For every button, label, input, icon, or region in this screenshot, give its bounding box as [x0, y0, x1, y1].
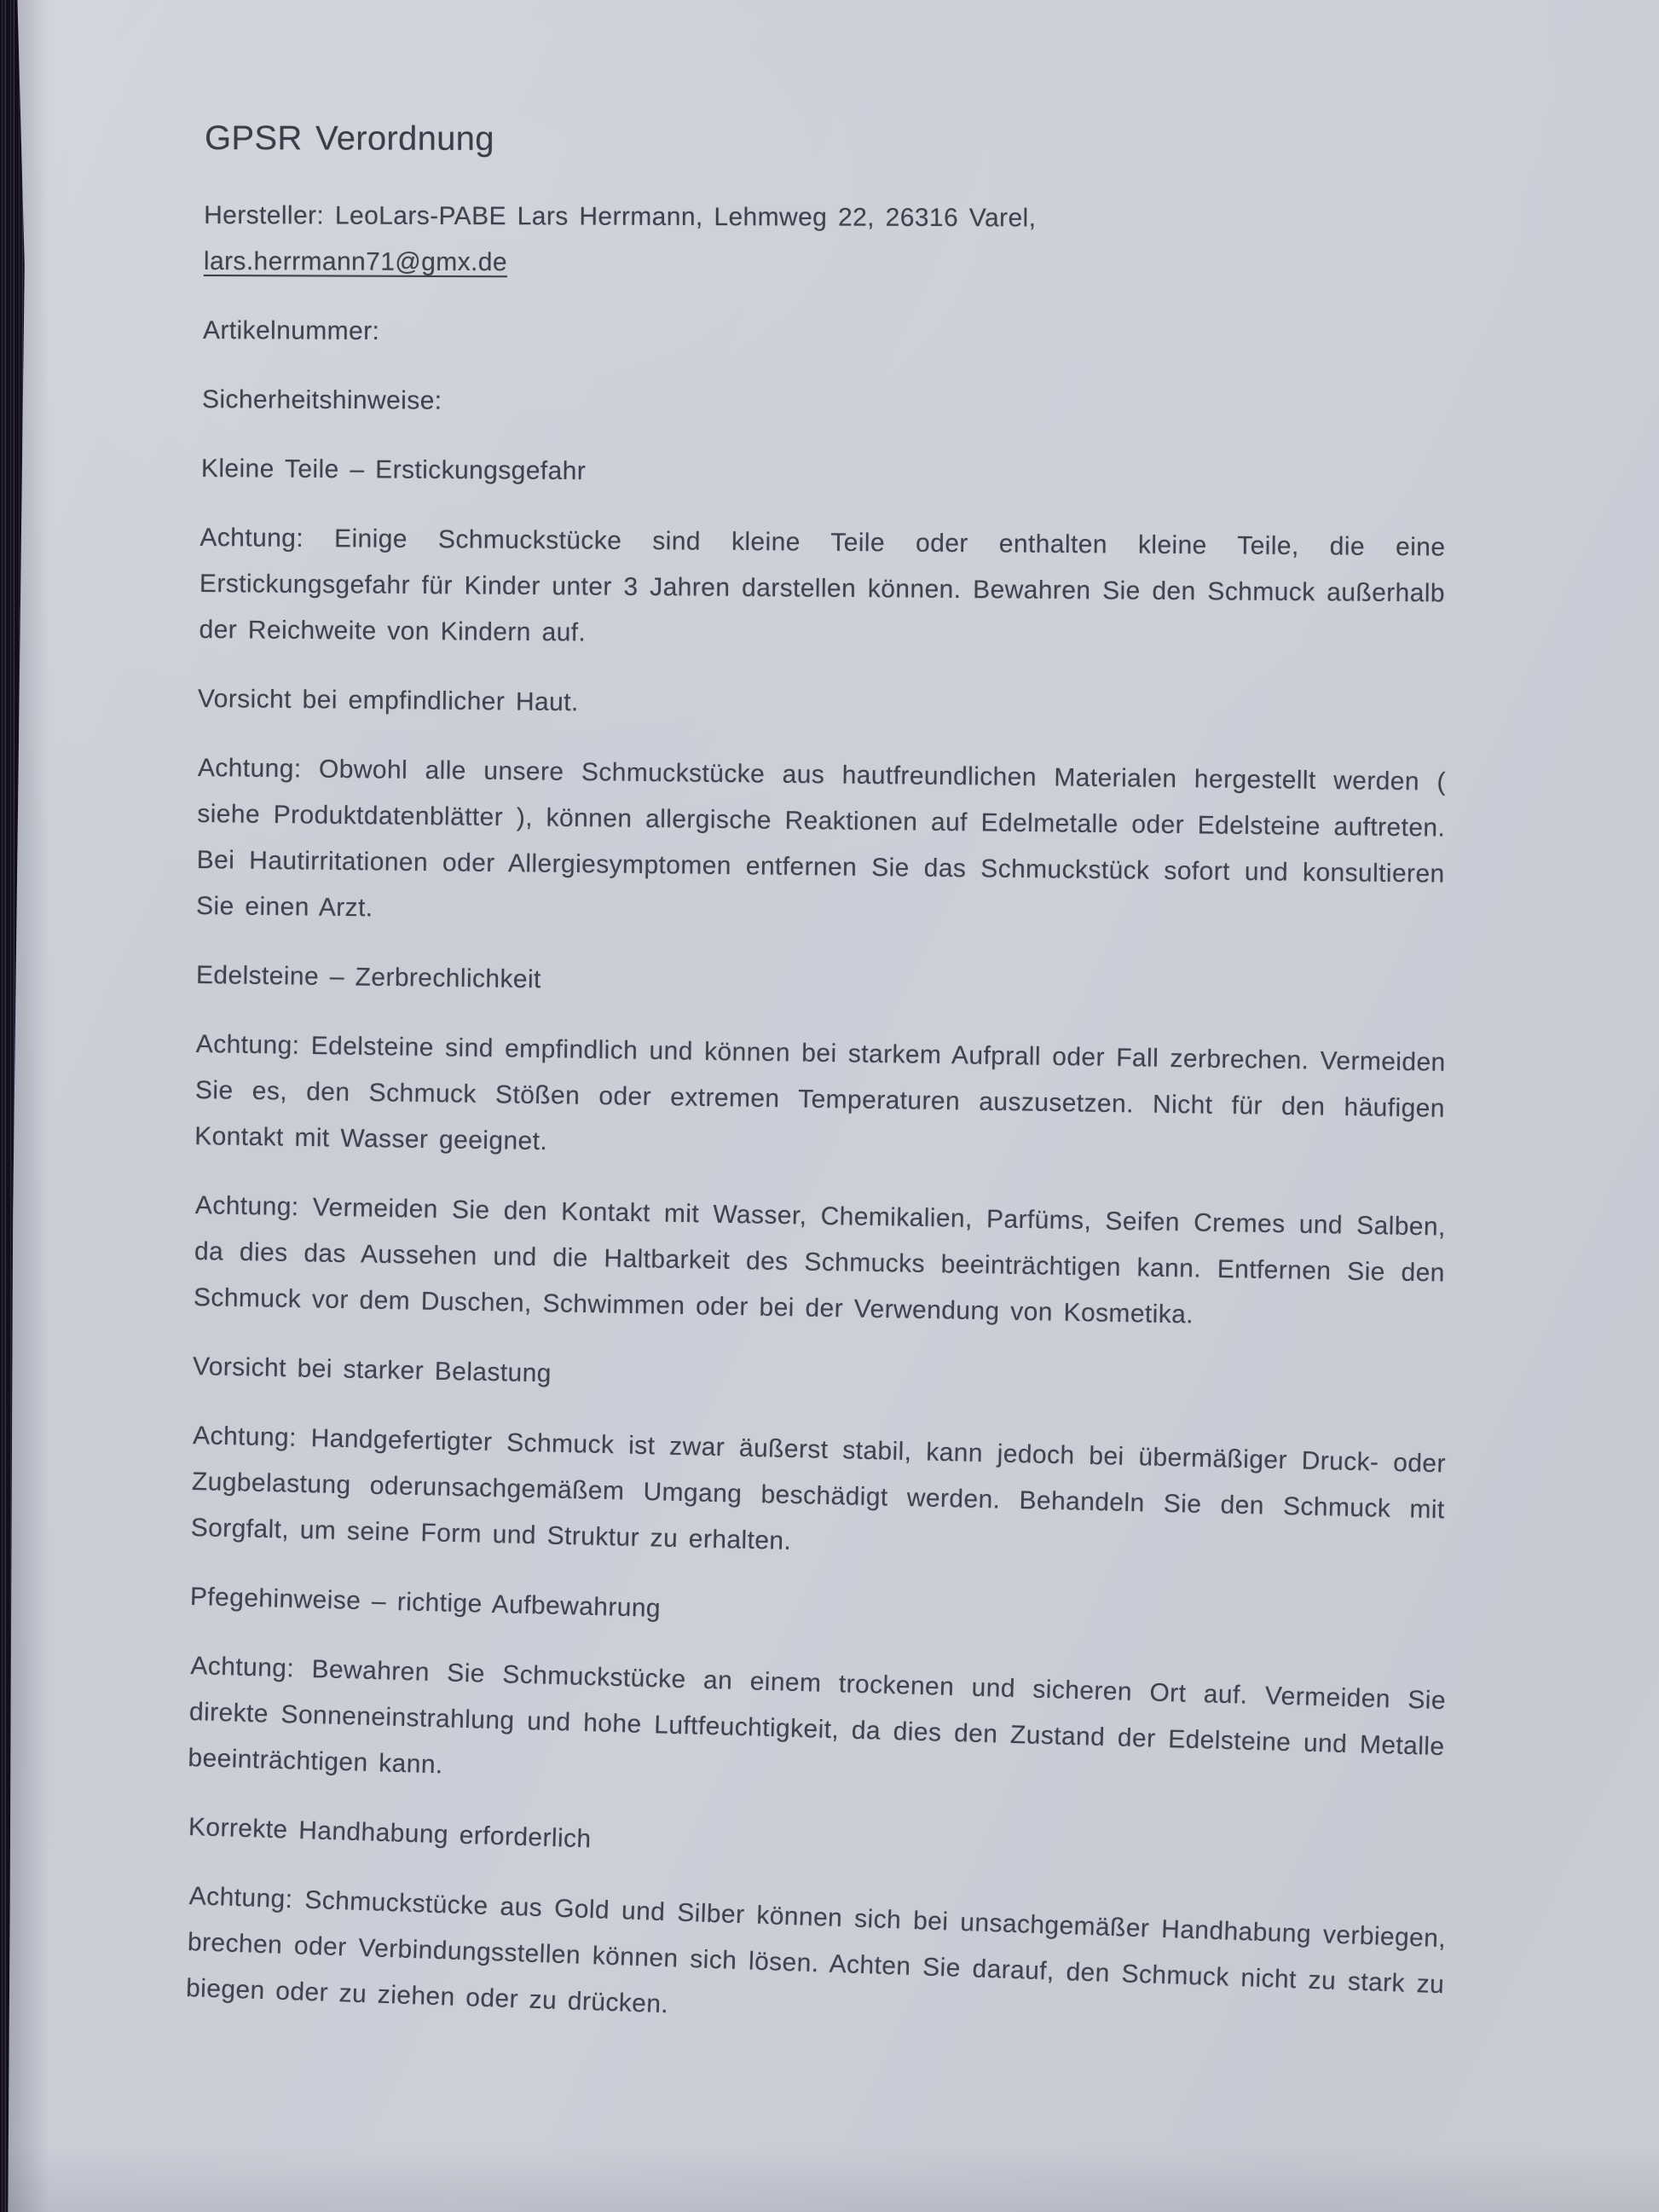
section-heading-aufbewahrung: Pfegehinweise – richtige Aufbewahrung	[189, 1574, 1445, 1652]
paragraph-zerbrechlichkeit: Achtung: Edelsteine sind empfindlich und…	[194, 1022, 1446, 1178]
article-number-label: Artikelnummer:	[203, 308, 1445, 360]
paragraph-handhabung: Achtung: Schmuckstücke aus Gold und Silb…	[185, 1873, 1447, 2054]
photo-backdrop: GPSR Verordnung Hersteller: LeoLars-PABE…	[0, 0, 1659, 2212]
safety-notes-label: Sicherheitshinweise:	[202, 377, 1445, 431]
paragraph-aufbewahrung: Achtung: Bewahren Sie Schmuckstücke an e…	[188, 1643, 1447, 1816]
paragraph-wasser-chemikalien: Achtung: Vermeiden Sie den Kontakt mit W…	[194, 1183, 1447, 1343]
paper-sheet: GPSR Verordnung Hersteller: LeoLars-PABE…	[0, 0, 1659, 2212]
section-heading-zerbrechlichkeit: Edelsteine – Zerbrechlichkeit	[196, 953, 1446, 1015]
document-title: GPSR Verordnung	[205, 113, 1445, 167]
section-heading-empfindliche-haut: Vorsicht bei empfindlicher Haut.	[198, 676, 1445, 734]
paragraph-kleine-teile: Achtung: Einige Schmuckstücke sind klein…	[199, 515, 1445, 663]
section-heading-kleine-teile: Kleine Teile – Erstickungsgefahr	[201, 446, 1445, 501]
paragraph-starke-belastung: Achtung: Handgefertigter Schmuck ist zwa…	[190, 1413, 1446, 1579]
paragraph-empfindliche-haut: Achtung: Obwohl alle unsere Schmuckstück…	[196, 745, 1446, 944]
manufacturer-text: Hersteller: LeoLars-PABE Lars Herrmann, …	[204, 201, 1036, 232]
section-heading-handhabung: Korrekte Handhabung erforderlich	[188, 1804, 1445, 1889]
manufacturer-line: Hersteller: LeoLars-PABE Lars Herrmann, …	[204, 193, 1445, 289]
section-heading-starke-belastung: Vorsicht bei starker Belastung	[192, 1344, 1445, 1415]
email-text: lars.herrmann71@gmx.de	[204, 247, 507, 276]
document-body: GPSR Verordnung Hersteller: LeoLars-PABE…	[205, 113, 1445, 2035]
